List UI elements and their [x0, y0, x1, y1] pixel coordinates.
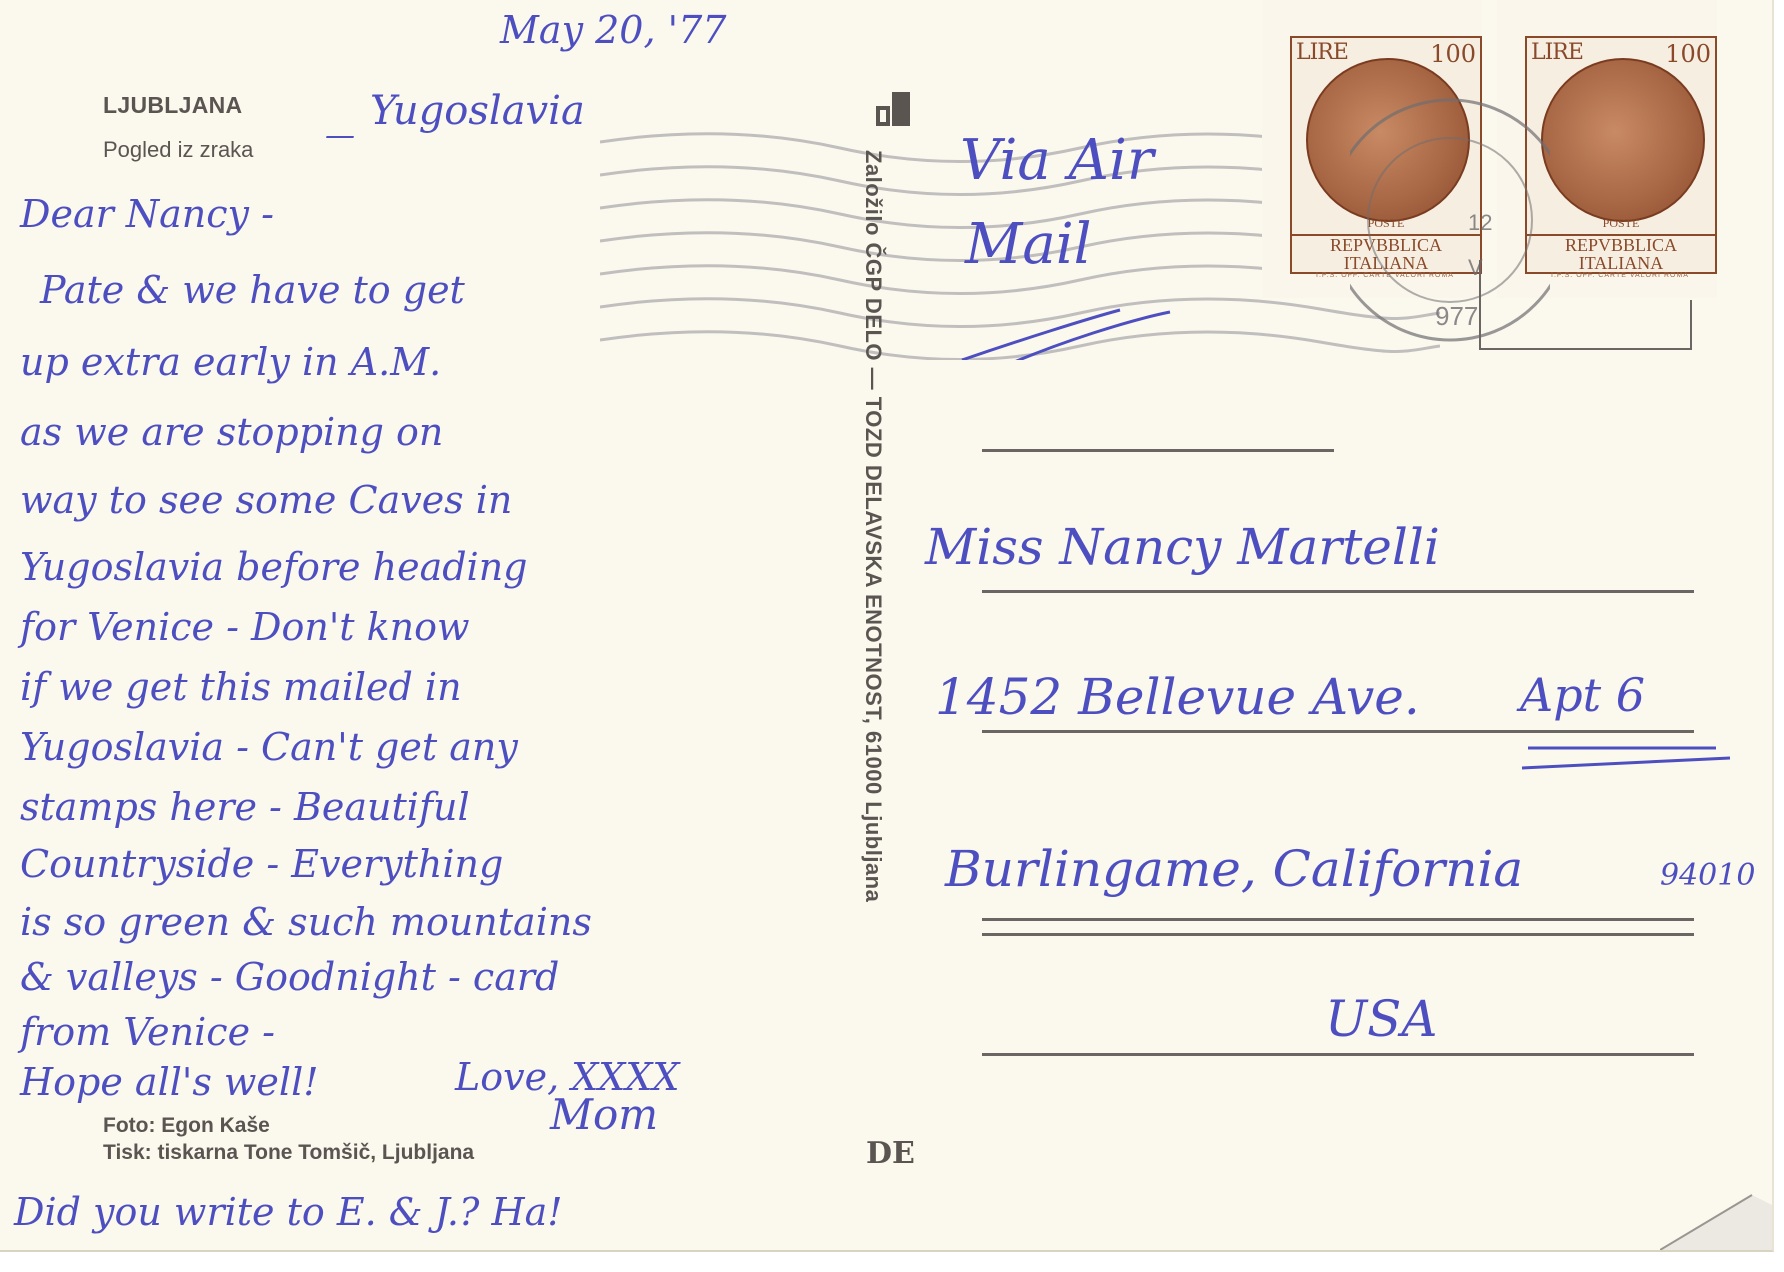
airmail-note-line1: Via Air [960, 128, 1154, 193]
message-line: as we are stopping on [20, 410, 443, 454]
coin-portrait-icon [1541, 58, 1705, 222]
address-line [982, 1053, 1694, 1056]
message-line: from Venice - [20, 1010, 275, 1054]
address-line [982, 730, 1694, 733]
message-line: if we get this mailed in [20, 665, 462, 709]
message-line: & valleys - Goodnight - card [20, 955, 559, 999]
stamp-box-left [1479, 260, 1481, 350]
publisher-mark: DE [866, 1136, 915, 1171]
message-line: Yugoslavia before heading [20, 545, 528, 589]
stamp-box-right [1690, 300, 1692, 350]
message-line: for Venice - Don't know [20, 605, 470, 649]
message-line: Yugoslavia - Can't get any [20, 725, 518, 769]
postmark-time: 12 [1468, 210, 1492, 235]
recipient-name: Miss Nancy Martelli [925, 518, 1440, 576]
address-line [982, 449, 1334, 452]
message-line: stamps here - Beautiful [20, 785, 470, 829]
apt-underline [1520, 742, 1740, 772]
recipient-street: 1452 Bellevue Ave. [935, 668, 1420, 726]
recipient-apt: Apt 6 [1520, 668, 1645, 722]
airmail-underline [960, 300, 1200, 360]
address-line [1100, 918, 1694, 921]
address-line [982, 590, 1694, 593]
stamp-printer: I.P.S. OFF. CARTE VALORI ROMA [1525, 272, 1715, 279]
recipient-city-state: Burlingame, California [945, 840, 1523, 898]
stamp-country-line1: REPVBBLICA [1527, 236, 1715, 254]
airmail-note-line2: Mail [965, 212, 1092, 277]
stamp-country-line2: ITALIANA [1527, 254, 1715, 272]
card-title: LJUBLJANA [103, 92, 242, 119]
stamp-currency: LIRE [1296, 40, 1348, 65]
message-line: Countryside - Everything [20, 842, 503, 886]
stamp-currency: LIRE [1531, 40, 1583, 65]
handwritten-dash: — [325, 118, 355, 153]
greeting: Dear Nancy - [20, 192, 274, 236]
publisher-vertical-text: Založilo ČGP DELO — TOZD DELAVSKA ENOTNO… [860, 150, 886, 902]
dog-ear-corner [1660, 1185, 1772, 1250]
message-line: way to see some Caves in [20, 478, 512, 522]
print-credit: Tisk: tiskarna Tone Tomšič, Ljubljana [103, 1141, 474, 1165]
recipient-country: USA [1325, 990, 1438, 1048]
postcard-back: LJUBLJANA Pogled iz zraka May 20, '77 — … [0, 0, 1774, 1252]
message-line: Pate & we have to get [40, 268, 465, 312]
publisher-logo-icon [876, 92, 910, 126]
stamp-box-bottom [1479, 348, 1692, 350]
postmark-year: 977 [1435, 301, 1478, 331]
address-line [1100, 933, 1694, 936]
stamp-value: 100 [1430, 40, 1476, 68]
postscript: Did you write to E. & J.? Ha! [14, 1190, 563, 1234]
message-line: Hope all's well! [20, 1060, 319, 1104]
message-line: up extra early in A.M. [20, 340, 441, 384]
photo-credit: Foto: Egon Kaše [103, 1114, 270, 1138]
stamp-value: 100 [1665, 40, 1711, 68]
handwritten-location: Yugoslavia [370, 88, 585, 134]
stamp-poste-label: POSTE [1527, 216, 1715, 231]
card-subtitle: Pogled iz zraka [103, 137, 253, 163]
message-line: is so green & such mountains [20, 900, 592, 944]
postmark-icon: 12 V 977 [1350, 80, 1550, 360]
handwritten-date: May 20, '77 [500, 8, 726, 52]
signature: Mom [550, 1090, 658, 1139]
recipient-zip: 94010 [1660, 858, 1755, 893]
